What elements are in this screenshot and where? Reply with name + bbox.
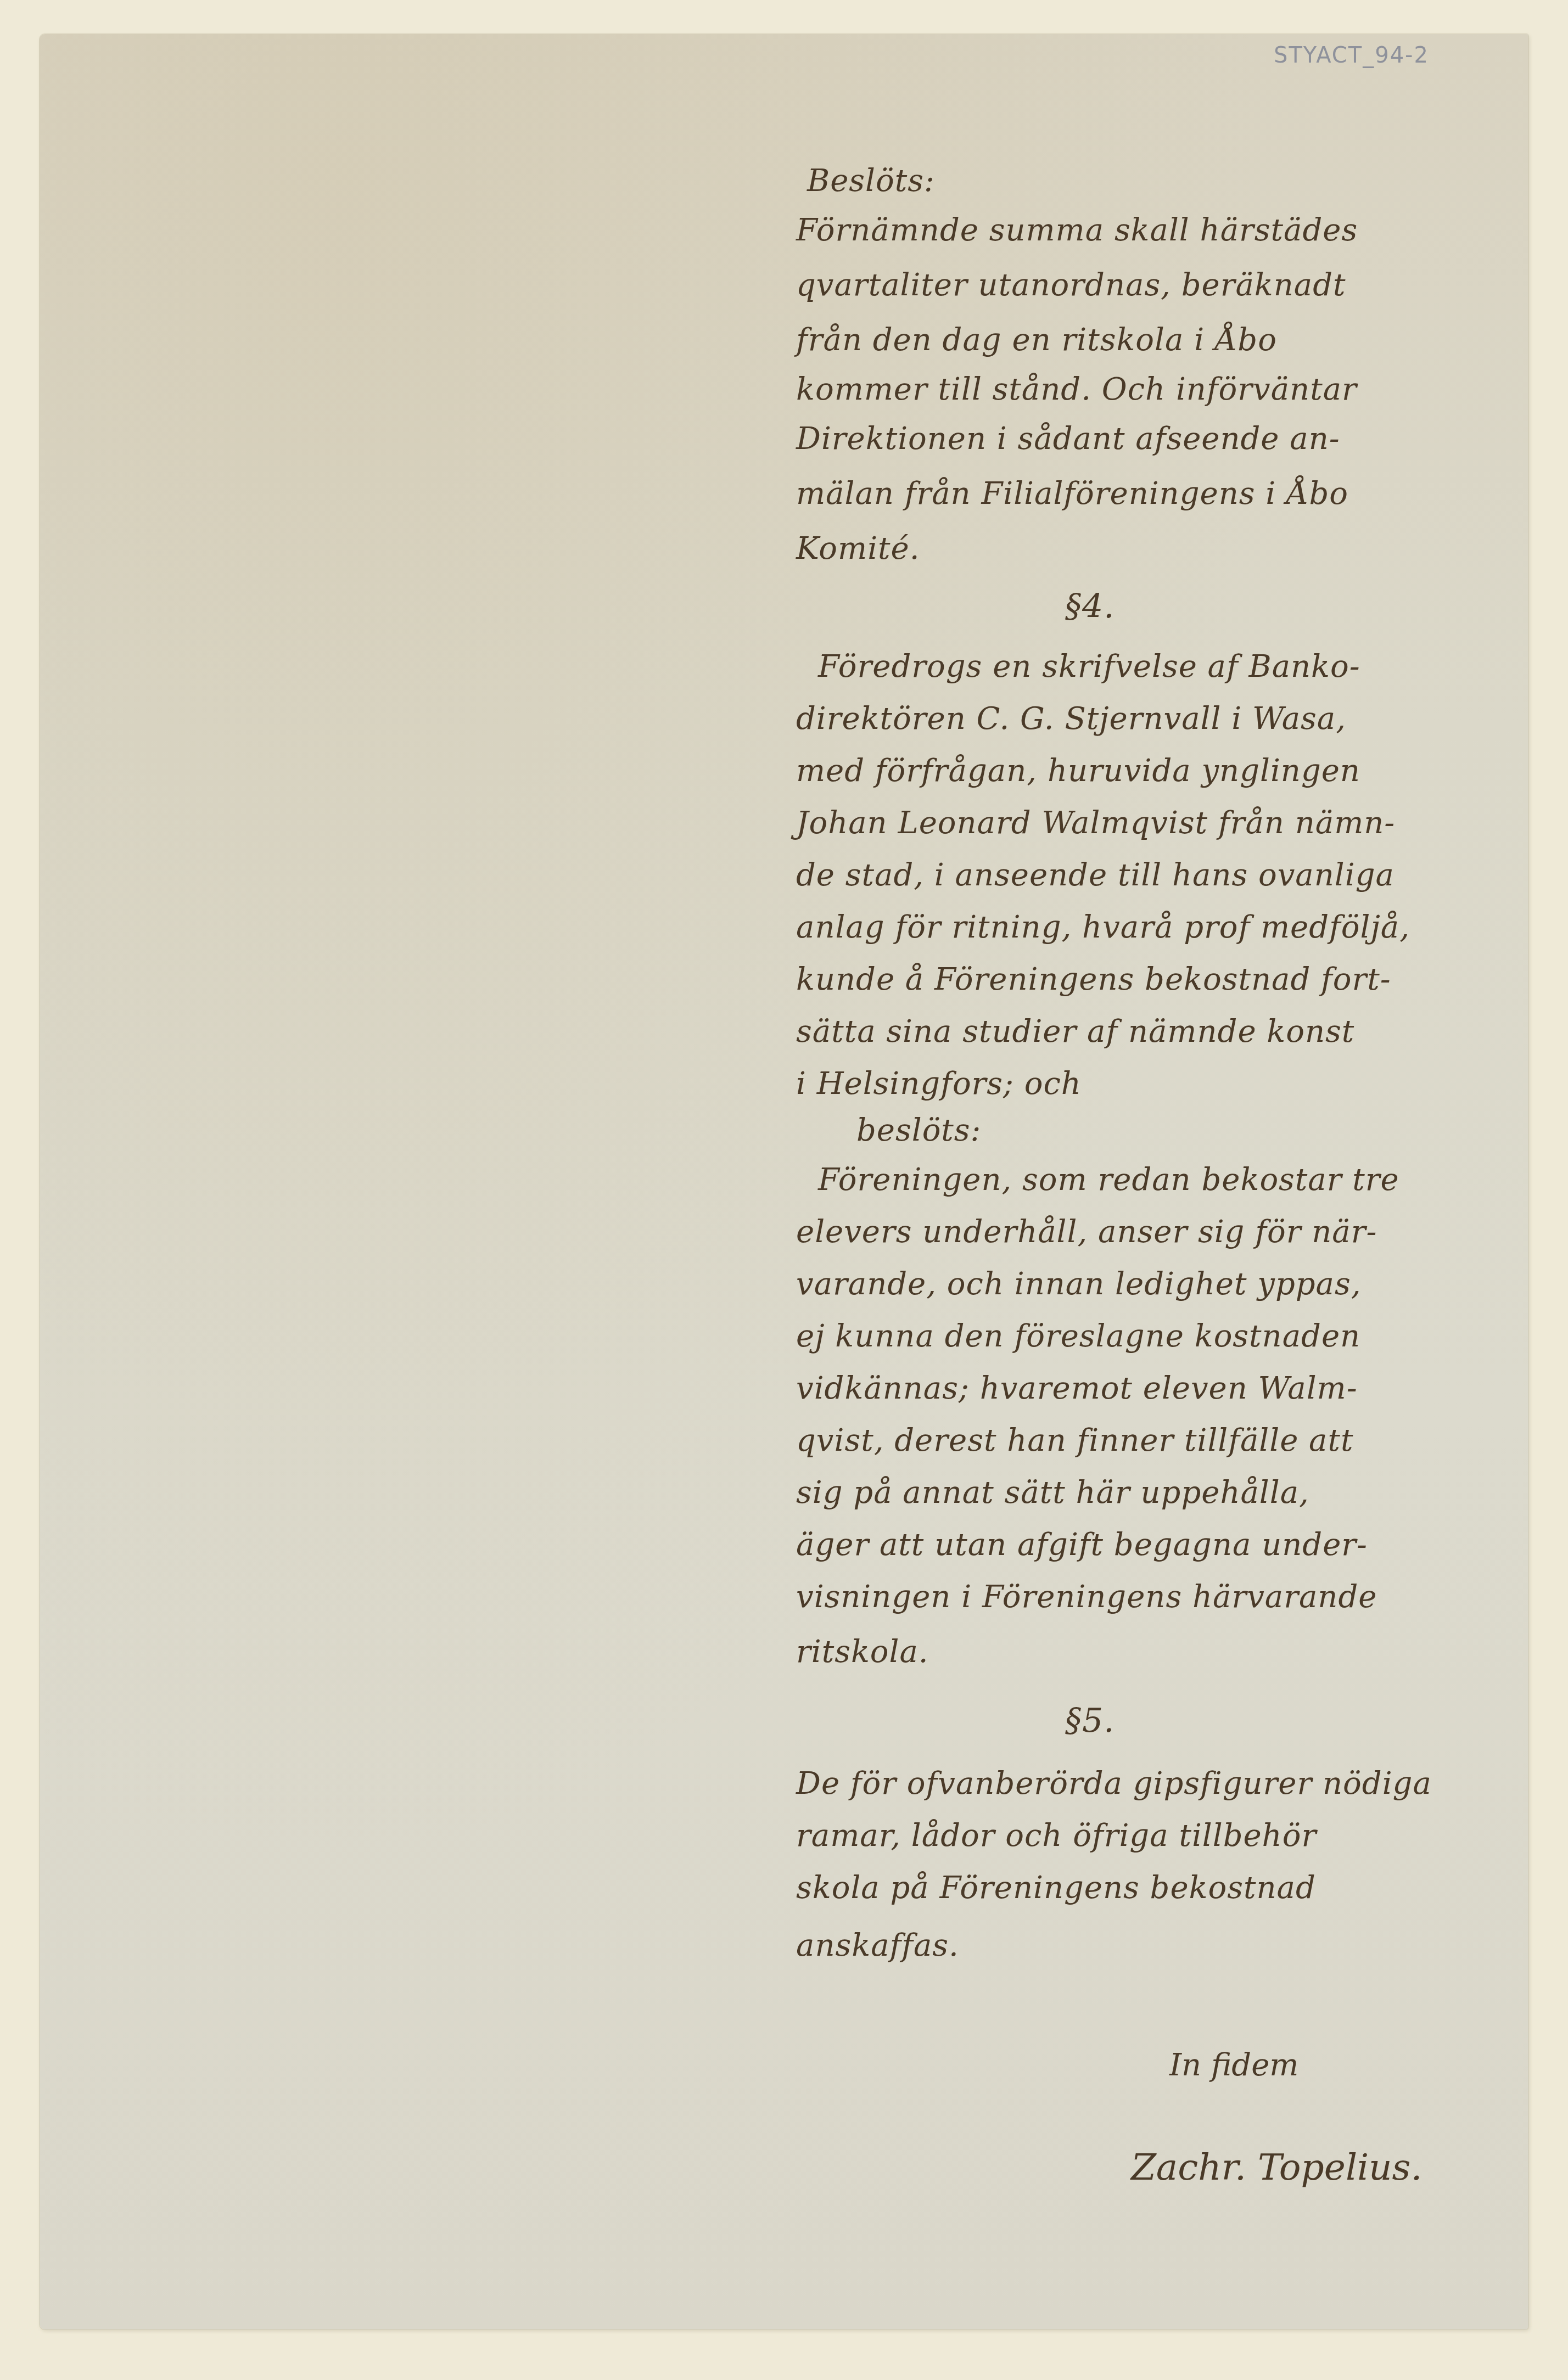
manuscript-line: anlag för ritning, hvarå prof medföljå, <box>796 906 1521 950</box>
attestation-in-fidem: In fidem <box>1169 2047 1298 2083</box>
manuscript-line: äger att utan afgift begagna under- <box>796 1523 1521 1567</box>
manuscript-line: ritskola. <box>796 1630 1521 1674</box>
manuscript-line: ej kunna den föreslagne kostnaden <box>796 1315 1521 1359</box>
manuscript-line: med förfrågan, huruvida ynglingen <box>796 749 1521 793</box>
manuscript-line: visningen i Föreningens härvarande <box>796 1575 1521 1619</box>
manuscript-line: Förnämnde summa skall härstädes <box>796 209 1521 252</box>
manuscript-line: direktören C. G. Stjernvall i Wasa, <box>796 697 1521 741</box>
section-5-heading: §5. <box>1065 1699 1115 1743</box>
manuscript-line: skola på Föreningens bekostnad <box>796 1866 1521 1910</box>
manuscript-line: Direktionen i sådant afseende an- <box>796 417 1521 461</box>
manuscript-line: kunde å Föreningens bekostnad fort- <box>796 958 1521 1002</box>
manuscript-line: kommer till stånd. Och införväntar <box>796 368 1521 412</box>
section-4-heading: §4. <box>1065 585 1115 628</box>
manuscript-line: elevers underhåll, anser sig för när- <box>796 1210 1521 1254</box>
manuscript-line: anskaffas. <box>796 1924 1521 1968</box>
resolution-heading: beslöts: <box>856 1109 1568 1153</box>
manuscript-line: de stad, i anseende till hans ovanliga <box>796 854 1521 897</box>
manuscript-line: qvist, derest han finner tillfälle att <box>796 1419 1521 1463</box>
manuscript-line: Komité. <box>796 527 1521 571</box>
manuscript-line: sätta sina studier af nämnde konst <box>796 1010 1521 1054</box>
manuscript-line: qvartaliter utanordnas, beräknadt <box>796 263 1521 307</box>
manuscript-line: från den dag en ritskola i Åbo <box>796 318 1521 362</box>
manuscript-line: sig på annat sätt här uppehålla, <box>796 1471 1521 1515</box>
manuscript-line: vidkännas; hvaremot eleven Walm- <box>796 1367 1521 1411</box>
manuscript-line: mälan från Filialföreningens i Åbo <box>796 472 1521 516</box>
manuscript-line: ramar, lådor och öfriga tillbehör <box>796 1814 1521 1858</box>
manuscript-line: De för ofvanberörda gipsfigurer nödiga <box>796 1762 1521 1806</box>
manuscript-line: Johan Leonard Walmqvist från nämn- <box>796 801 1521 845</box>
manuscript-line: Föredrogs en skrifvelse af Banko- <box>818 645 1543 689</box>
resolution-heading: Beslöts: <box>807 159 1532 203</box>
manuscript-line: i Helsingfors; och <box>796 1062 1521 1106</box>
archive-reference-number: STYACT_94-2 <box>1274 43 1429 68</box>
manuscript-line: varande, och innan ledighet yppas, <box>796 1262 1521 1306</box>
manuscript-line: Föreningen, som redan bekostar tre <box>818 1158 1543 1202</box>
signature: Zachr. Topelius. <box>1131 2146 1422 2188</box>
